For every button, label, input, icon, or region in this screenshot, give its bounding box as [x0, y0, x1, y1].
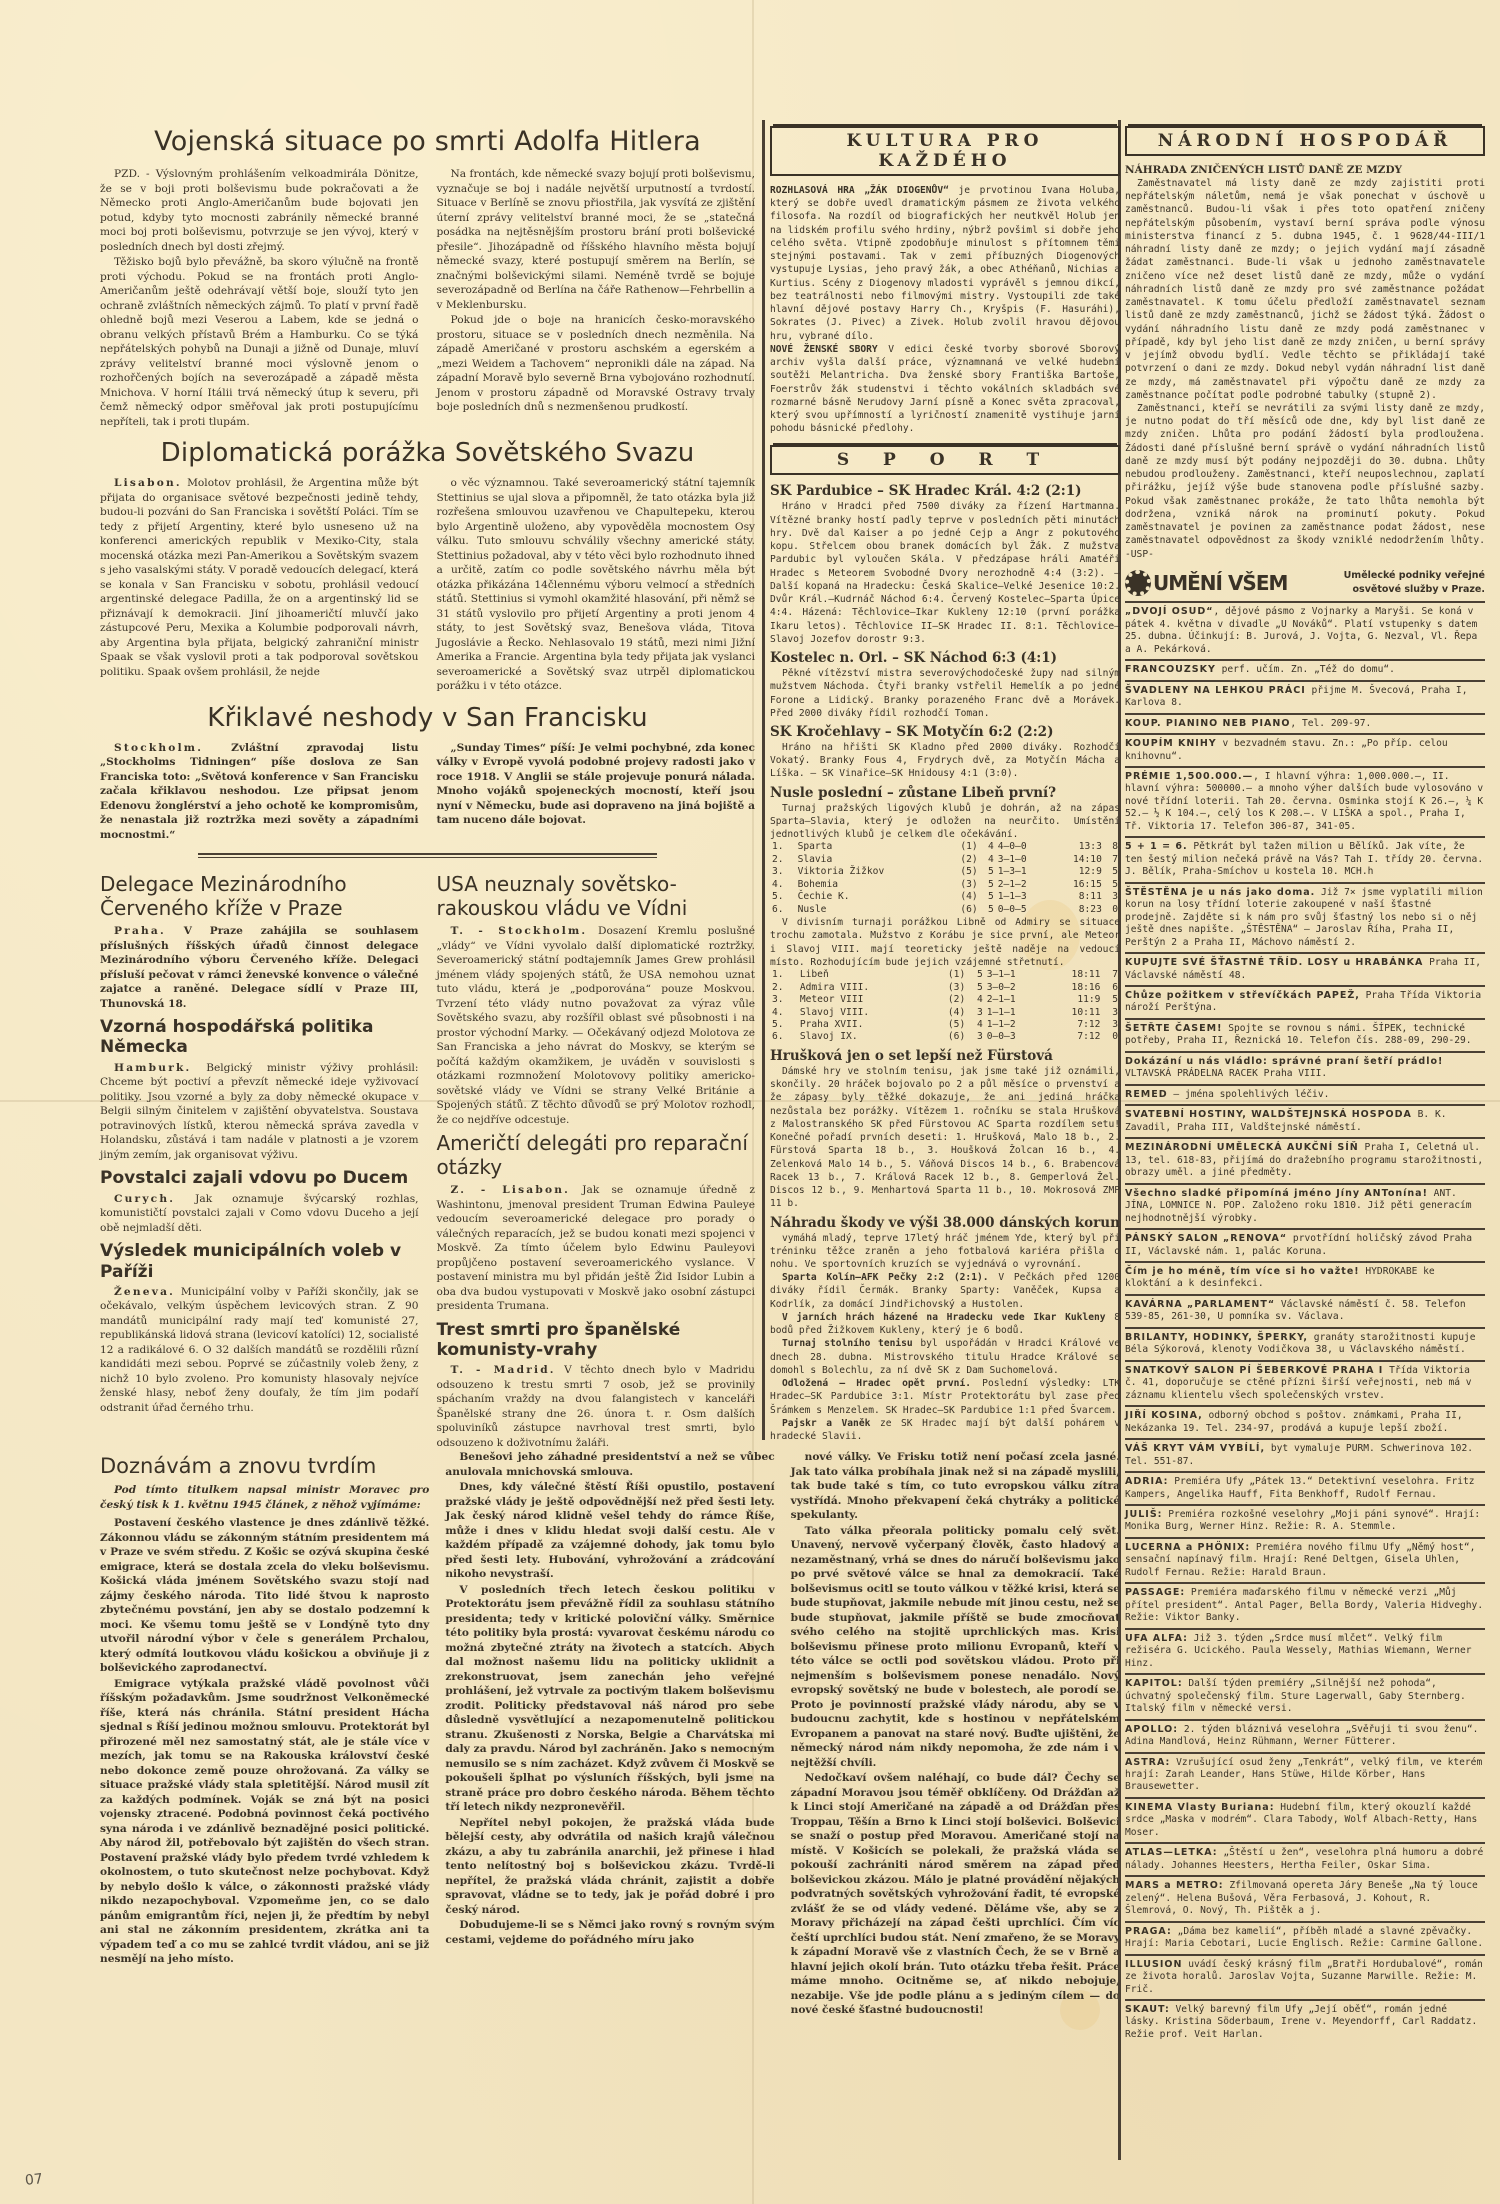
ad-item: FRANCOUZSKY perf. učím. Zn. „Též do domu…	[1125, 659, 1485, 679]
headline: Výsledek municipálních voleb v Paříži	[100, 1241, 419, 1282]
paragraph: V edici české tvorby sborové Sborový arc…	[770, 344, 1120, 434]
dateline: Ženeva.	[114, 1286, 175, 1298]
dateline: Stockholm.	[114, 742, 203, 754]
ad-item: APOLLO: 2. týden bláznivá veselohra „Svě…	[1125, 1719, 1485, 1752]
ad-item: KAVÁRNA „PARLAMENT“ Václavské náměstí č.…	[1125, 1294, 1485, 1327]
paragraph: Municipální volby v Paříži skončily, jak…	[100, 1286, 419, 1414]
ad-item: Čím je ho méně, tím více si ho važte! HY…	[1125, 1261, 1485, 1294]
ad-item: ŠETŘTE ČASEM! Spojte se rovnou s námi. Š…	[1125, 1018, 1485, 1051]
item-title: Sparta Kolín—AFK Pečky 2:2 (2:1).	[782, 1272, 989, 1283]
ad-item: ILLUSION uvádí český krásný film „Bratři…	[1125, 1954, 1485, 1999]
ad-item: MEZINÁRODNÍ UMĚLECKÁ AUKČNÍ SÍŇ Praha I,…	[1125, 1137, 1485, 1182]
section-header-hospodar: NÁRODNÍ HOSPODÁŘ	[1125, 126, 1485, 156]
ad-item: BRILANTY, HODINKY, ŠPERKY, granáty staro…	[1125, 1327, 1485, 1360]
ad-item: REMED — jména spolehlivých léčiv.	[1125, 1084, 1485, 1104]
dateline: Hamburk.	[114, 1062, 191, 1074]
dateline: T. - Stockholm.	[451, 925, 588, 937]
article-duce: Povstalci zajali vdovu po Ducem Curych. …	[100, 1168, 419, 1235]
item-title: ROZHLASOVÁ HRA „ŽÁK DIOGENŮV“	[770, 185, 949, 196]
item-title: Pajskr a Vaněk	[782, 1418, 870, 1429]
paragraph: V Praze zahájila se souhlasem příslušnýc…	[100, 925, 419, 1010]
ad-item: PRAGA: „Dáma bez kamelií“, příběh mladé …	[1125, 1921, 1485, 1954]
ad-item: LUCERNA a PHÖNIX: Premiéra nového filmu …	[1125, 1537, 1485, 1582]
table-row: 4.Slavoj VIII.(4)31—1—110:113	[770, 1007, 1120, 1019]
ad-item: Všechno sladké připomíná jméno Jíny ANTo…	[1125, 1183, 1485, 1228]
paragraph: Zvláštní zpravodaj listu „Stockholms Tid…	[100, 742, 419, 841]
table-row: 4.Bohemia(3)52—1—216:155	[770, 879, 1120, 891]
dateline: Curych.	[114, 1193, 175, 1205]
paragraph: Hráno v Hradci před 7500 diváky za řízen…	[770, 500, 1120, 646]
handwritten-margin-note: 07	[24, 2171, 43, 2189]
ad-item: „DVOJÍ OSUD“, dějové pásmo z Vojnarky a …	[1125, 601, 1485, 659]
item-title: Hrušková jen o set lepší než Fürstová	[770, 1048, 1120, 1064]
item-title: NOVÉ ŽENSKÉ SBORY	[770, 344, 878, 355]
paragraph: Zaměstnanci, kteří se nevrátili za svými…	[1125, 402, 1485, 561]
ad-item: VÁŠ KRYT VÁM VYBÍLÍ, byt vymaluje PURM. …	[1125, 1438, 1485, 1471]
paragraph: Hráno na hřišti SK Kladno před 2000 divá…	[770, 741, 1120, 781]
table-row: 2.Slavia(2)43—1—014:107	[770, 854, 1120, 866]
culture-sport-column: KULTURA PRO KAŽDÉHO ROZHLASOVÁ HRA „ŽÁK …	[770, 120, 1120, 1443]
paragraph: o věc významnou. Také severoamerický stá…	[437, 476, 756, 694]
headline: Doznávám a znovu tvrdím	[100, 1454, 429, 1479]
headline: USA neuznaly sovětsko-rakouskou vládu ve…	[437, 872, 756, 920]
headline: Vzorná hospodářská politika Německa	[100, 1017, 419, 1058]
ad-item: 5 + 1 = 6. Pětkrát byl tažen milion u Bě…	[1125, 836, 1485, 881]
ad-item: ASTRA: Vzrušující osud ženy „Tenkrát“, v…	[1125, 1752, 1485, 1797]
umeni-vsem-logo: UMĚNÍ VŠEM	[1125, 570, 1287, 596]
table-row: 5.Čechie K.(4)51—1—38:113	[770, 891, 1120, 903]
paragraph: Emigrace vytýkala pražské vládě povolnos…	[100, 1677, 429, 1967]
ad-item: Chůze požitkem v střevíčkách PAPEŽ, Prah…	[1125, 985, 1485, 1018]
article-paris: Výsledek municipálních voleb v Paříži Že…	[100, 1241, 419, 1415]
article-diplomatic: Diplomatická porážka Sovětského Svazu Li…	[100, 438, 755, 695]
paragraph: V těchto dnech bylo v Madridu odsouzeno …	[437, 1364, 756, 1449]
umeni-subtitle: Umělecké podniky veřejné osvětové služby…	[1335, 569, 1485, 598]
paragraph: V posledních třech letech českou politik…	[445, 1583, 774, 1815]
ad-item: PÁNSKÝ SALON „RENOVA“ prvotřídní holičsk…	[1125, 1228, 1485, 1261]
ad-item: UFA ALFA: Již 3. týden „Srdce musí mlčet…	[1125, 1628, 1485, 1673]
dateline: Z. - Lisabon.	[451, 1184, 571, 1196]
article-redcross: Delegace Mezinárodního Červeného kříže v…	[100, 872, 419, 1011]
table-row: 6.Nusle(6)50—0—58:230	[770, 904, 1120, 916]
paragraph: Benešovi jeho záhadné presidentství a ne…	[445, 1450, 774, 1479]
ad-item: JIŘÍ KOSINA, odborný obchod s poštov. zn…	[1125, 1405, 1485, 1438]
dateline: Lisabon.	[114, 477, 182, 489]
ad-item: ŠVADLENY NA LEHKOU PRÁCI přijme M. Šveco…	[1125, 680, 1485, 713]
paragraph: Molotov prohlásil, že Argentina může být…	[100, 477, 419, 678]
paragraph: Tato válka přeorala politicky pomalu cel…	[791, 1524, 1120, 1771]
umeni-vsem-banner: UMĚNÍ VŠEM Umělecké podniky veřejné osvě…	[1125, 569, 1485, 598]
paragraph: Dosazení Kremlu poslušné „vlády“ ve Vídn…	[437, 925, 756, 1126]
item-title: Odložená — Hradec opět první.	[782, 1378, 971, 1389]
paragraph: je prvotinou Ivana Holuba, který se dobř…	[770, 185, 1120, 342]
paragraph: Na frontách, kde německé svazy bojují pr…	[437, 167, 756, 312]
ad-item: PASSAGE: Premiéra maďarského filmu v něm…	[1125, 1582, 1485, 1627]
table-row: 6.Slavoj IX.(6)30—0—37:120	[770, 1031, 1120, 1043]
paragraph: Pokud jde o boje na hranicích česko-mora…	[437, 313, 756, 415]
paragraph: Dobudujeme-li se s Němci jako rovný s ro…	[445, 1918, 774, 1947]
paragraph: Nepřítel nebyl pokojen, že pražská vláda…	[445, 1816, 774, 1918]
item-title: Kostelec n. Orl. – SK Náchod 6:3 (4:1)	[770, 650, 1120, 666]
headline: Trest smrti pro španělské komunisty-vrah…	[437, 1320, 756, 1361]
headline: Diplomatická porážka Sovětského Svazu	[100, 438, 755, 468]
item-title: Turnaj stolního tenisu	[782, 1338, 913, 1349]
paragraph: Jak se oznamuje úředně z Washintonu, jme…	[437, 1184, 756, 1312]
gear-emblem-icon	[1125, 570, 1151, 596]
headline: Američtí delegáti pro reparační otázky	[437, 1131, 756, 1179]
article-hitler: Vojenská situace po smrti Adolfa Hitlera…	[100, 126, 755, 430]
ad-item: Dokázání u nás vládlo: správné praní šet…	[1125, 1051, 1485, 1084]
ad-item: PRÉMIE 1,500.000.—, I hlavní výhra: 1,00…	[1125, 766, 1485, 836]
paragraph: vymáhá mladý, teprve 17letý hráč jménem …	[770, 1232, 1120, 1272]
headline: Delegace Mezinárodního Červeného kříže v…	[100, 872, 419, 920]
ad-item: MARS a METRO: Zfilmovaná opereta Járy Be…	[1125, 1875, 1485, 1920]
item-title: Nusle poslední – zůstane Libeň první?	[770, 785, 1120, 801]
economy-ads-column: NÁRODNÍ HOSPODÁŘ NÁHRADA ZNIČENÝCH LISTŮ…	[1125, 120, 1485, 2044]
paragraph: Belgický ministr výživy prohlásil: Chcem…	[100, 1062, 419, 1161]
ad-item: SNATKOVÝ SALON PÍ ŠEBERKOVÉ PRAHA I Tříd…	[1125, 1360, 1485, 1405]
league-table: 1.Sparta(1)44—0—013:38 2.Slavia(2)43—1—0…	[770, 841, 1120, 916]
article-usa-austria: USA neuznaly sovětsko-rakouskou vládu ve…	[437, 872, 756, 1127]
item-title: SK Kročehlavy – SK Motyčín 6:2 (2:2)	[770, 724, 1120, 740]
article-krikl: Křiklavé neshody v San Francisku Stockho…	[100, 703, 755, 844]
ad-item: KUPUJTE SVÉ ŠŤASTNÉ TŘÍD. LOSY u HRABÁNK…	[1125, 952, 1485, 985]
classified-ads: „DVOJÍ OSUD“, dějové pásmo z Vojnarky a …	[1125, 601, 1485, 2044]
ad-item: SKAUT: Velký barevný film Ufy „Její oběť…	[1125, 1999, 1485, 2044]
ad-item: ŠTĚSTĚNA je u nás jako doma. Již 7× jsme…	[1125, 882, 1485, 952]
paragraph: Těžisko bojů bylo převážně, ba skoro výl…	[100, 255, 419, 429]
paragraph: Pěkné vítězství mistra severovýchodočesk…	[770, 667, 1120, 720]
ad-item: KOUPÍM KNIHY v bezvadném stavu. Zn.: „Po…	[1125, 733, 1485, 766]
section-header-sport: S P O R T	[770, 445, 1120, 475]
dateline: T. - Madrid.	[451, 1364, 556, 1376]
table-row: 2.Admira VIII.(3)53—0—218:166	[770, 982, 1120, 994]
item-title: V jarních hrách házené na Hradecku vede …	[782, 1312, 1106, 1323]
ad-item: JULIŠ: Premiéra rozkošné veselohry „Moji…	[1125, 1504, 1485, 1537]
table-row: 5.Praha XVII.(5)41—1—27:123	[770, 1019, 1120, 1031]
section-header-kultura: KULTURA PRO KAŽDÉHO	[770, 126, 1120, 176]
article-spain: Trest smrti pro španělské komunisty-vrah…	[437, 1320, 756, 1451]
paragraph: V divisním turnaji porážkou Libně od Adm…	[770, 916, 1120, 969]
division-table: 1.Libeň(1)53—1—118:117 2.Admira VIII.(3)…	[770, 969, 1120, 1044]
table-row: 1.Libeň(1)53—1—118:117	[770, 969, 1120, 981]
paragraph: Turnaj pražských ligových klubů je dohrá…	[770, 802, 1120, 842]
headline: Vojenská situace po smrti Adolfa Hitlera	[100, 126, 755, 157]
paragraph: Dnes, kdy válečné štěstí Říši opustilo, …	[445, 1480, 774, 1582]
headline: Křiklavé neshody v San Francisku	[100, 703, 755, 733]
paragraph: Postavení českého vlastence je dnes zdán…	[100, 1516, 429, 1676]
ad-item: KINEMA Vlasty Buriana: Hudební film, kte…	[1125, 1797, 1485, 1842]
paragraph: Dámské hry ve stolním tenisu, jak jsme t…	[770, 1065, 1120, 1211]
article-reparations: Američtí delegáti pro reparační otázky Z…	[437, 1131, 756, 1314]
ad-item: ATLAS—LETKA: „Štěstí u žen“, veselohra p…	[1125, 1842, 1485, 1875]
article-moravec: Doznávám a znovu tvrdím Pod tímto titulk…	[100, 1450, 1120, 2019]
ad-item: SVATEBNÍ HOSTINY, WALDŠTEJNSKÁ HOSPODA B…	[1125, 1104, 1485, 1137]
table-row: 3.Meteor VIII(2)42—1—111:95	[770, 994, 1120, 1006]
ad-item: KOUP. PIANINO NEB PIANO, Tel. 209-97.	[1125, 713, 1485, 733]
paragraph: „Sunday Times“ píší: Je velmi pochybné, …	[437, 741, 756, 828]
ad-item: KAPITOL: Další týden premiéry „Silnější …	[1125, 1673, 1485, 1718]
paragraph: Nedočkaví ovšem naléhají, co bude dál? Č…	[791, 1771, 1120, 2018]
headline: Povstalci zajali vdovu po Ducem	[100, 1168, 419, 1188]
left-news-column: Vojenská situace po smrti Adolfa Hitlera…	[100, 120, 755, 1451]
paragraph: Zaměstnavatel má listy daně ze mzdy zaji…	[1125, 177, 1485, 402]
section-divider	[198, 853, 657, 858]
paragraph: PZD. - Výslovným prohlášením velkoadmirá…	[100, 167, 419, 254]
ad-item: ADRIA: Premiéra Ufy „Pátek 13.“ Detektiv…	[1125, 1471, 1485, 1504]
table-row: 3.Viktoria Žižkov(5)51—3—112:95	[770, 866, 1120, 878]
paragraph: nové války. Ve Frisku totiž není počasí …	[791, 1450, 1120, 1523]
item-title: NÁHRADA ZNIČENÝCH LISTŮ DANĚ ZE MZDY	[1125, 164, 1485, 176]
article-nutrition: Vzorná hospodářská politika Německa Hamb…	[100, 1017, 419, 1162]
table-row: 1.Sparta(1)44—0—013:38	[770, 841, 1120, 853]
column-rule	[762, 120, 765, 1440]
item-title: Náhradu škody ve výši 38.000 dánských ko…	[770, 1215, 1120, 1231]
intro: Pod tímto titulkem napsal ministr Morave…	[100, 1483, 429, 1512]
dateline: Praha.	[114, 925, 166, 937]
item-title: SK Pardubice – SK Hradec Král. 4:2 (2:1)	[770, 483, 1120, 499]
